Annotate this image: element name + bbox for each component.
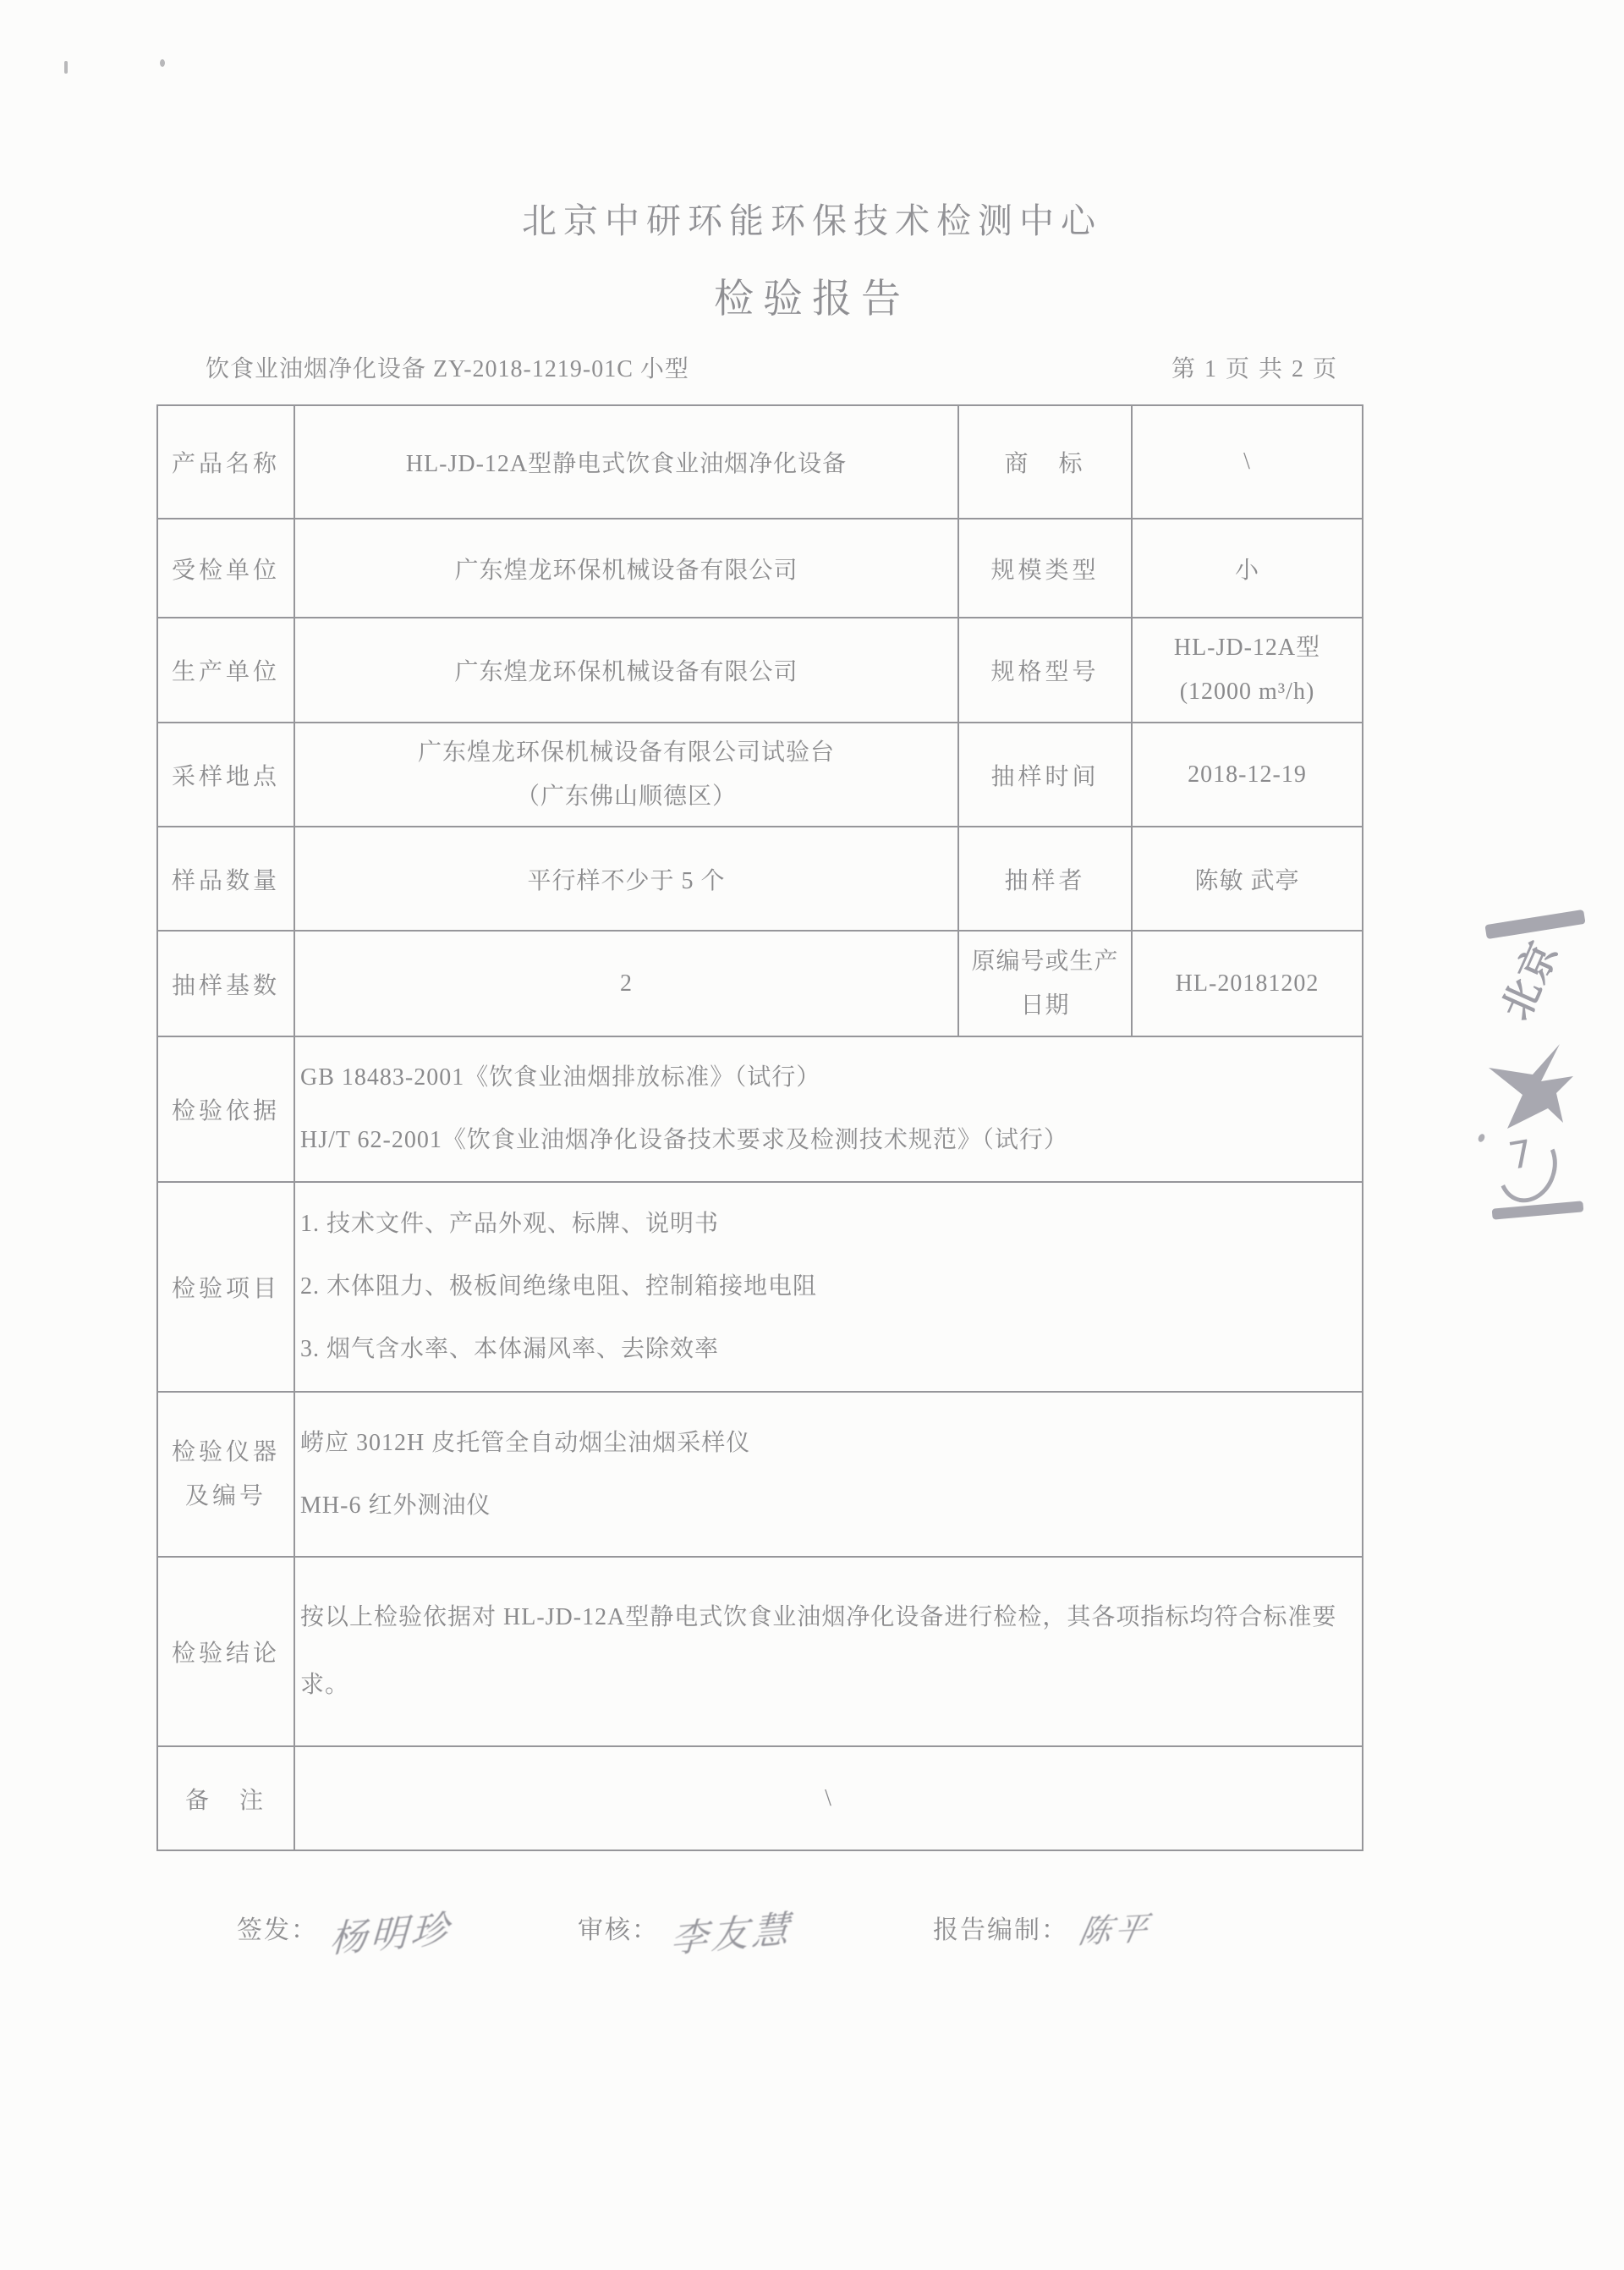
manufacturer-value: 广东煌龙环保机械设备有限公司 [294, 618, 958, 723]
sampling-time-value: 2018-12-19 [1132, 723, 1363, 827]
seal-bar-icon [1484, 910, 1585, 939]
instrument-1: 崂应 3012H 皮托管全自动烟尘油烟采样仪 [300, 1412, 1357, 1475]
row-label: 产品名称 [157, 405, 294, 519]
row-label: 抽样者 [958, 827, 1132, 931]
instruments-label-line2: 及编号 [163, 1475, 288, 1519]
row-label: 检验结论 [157, 1557, 294, 1746]
spec-model-value: HL-JD-12A型 (12000 m³/h) [1132, 618, 1363, 723]
table-row: 检验依据 GB 18483-2001《饮食业油烟排放标准》（试行） HJ/T 6… [157, 1036, 1363, 1182]
issuer-signature-group: 签发： 杨明珍 [237, 1904, 452, 1958]
conclusion-cell: 按以上检验依据对 HL-JD-12A型静电式饮食业油烟净化设备进行检检，其各项指… [294, 1557, 1363, 1746]
compiler-signature-group: 报告编制： 陈平 [933, 1904, 1151, 1950]
row-label: 原编号或生产 日期 [958, 931, 1132, 1036]
table-row: 备 注 \ [157, 1746, 1363, 1850]
inspection-basis-cell: GB 18483-2001《饮食业油烟排放标准》（试行） HJ/T 62-200… [294, 1036, 1363, 1182]
spec-model-line2: (12000 m³/h) [1138, 670, 1357, 714]
orig-number-label-line1: 原编号或生产 [964, 940, 1126, 984]
seal-star-icon [1482, 1042, 1575, 1131]
signature-row: 签发： 杨明珍 审核： 李友慧 报告编制： 陈平 [156, 1893, 1408, 1995]
row-label: 备 注 [157, 1746, 294, 1850]
compiler-handwritten-signature: 陈平 [1076, 1901, 1156, 1952]
row-label: 生产单位 [157, 618, 294, 723]
page-number: 第 1 页 共 2 页 [1171, 350, 1362, 384]
scan-speck [160, 59, 165, 67]
table-row: 采样地点 广东煌龙环保机械设备有限公司试验台 （广东佛山顺德区） 抽样时间 20… [157, 723, 1363, 827]
table-row: 产品名称 HL-JD-12A型静电式饮食业油烟净化设备 商 标 \ [157, 405, 1363, 519]
organization-title: 北京中研环能环保技术检测中心 [0, 193, 1624, 243]
table-row: 检验仪器 及编号 崂应 3012H 皮托管全自动烟尘油烟采样仪 MH-6 红外测… [157, 1392, 1363, 1557]
table-row: 受检单位 广东煌龙环保机械设备有限公司 规模类型 小 [157, 519, 1363, 618]
inspection-item-1: 1. 技术文件、产品外观、标牌、说明书 [300, 1193, 1357, 1256]
seal-dot-icon [1477, 1133, 1486, 1143]
row-label: 规模类型 [958, 519, 1132, 618]
row-label: 规格型号 [958, 618, 1132, 723]
trademark-value: \ [1132, 405, 1363, 519]
inspection-basis-line2: HJ/T 62-2001《饮食业油烟净化设备技术要求及检测技术规范》（试行） [300, 1109, 1357, 1172]
document-id: 饮食业油烟净化设备 ZY-2018-1219-01C 小型 [156, 350, 689, 384]
inspected-unit-value: 广东煌龙环保机械设备有限公司 [294, 519, 958, 618]
orig-number-label-line2: 日期 [964, 984, 1126, 1028]
table-row: 抽样基数 2 原编号或生产 日期 HL-20181202 [157, 931, 1363, 1036]
issuer-handwritten-signature: 杨明珍 [329, 1898, 453, 1963]
issue-label: 签发： [237, 1904, 318, 1946]
remark-cell: \ [294, 1746, 1363, 1850]
row-label: 受检单位 [157, 519, 294, 618]
row-label: 检验仪器 及编号 [157, 1392, 294, 1557]
sampler-value: 陈敏 武亭 [1132, 827, 1363, 931]
report-table: 产品名称 HL-JD-12A型静电式饮食业油烟净化设备 商 标 \ 受检单位 广… [156, 404, 1363, 1851]
product-name-value: HL-JD-12A型静电式饮食业油烟净化设备 [294, 405, 958, 519]
row-label: 抽样基数 [157, 931, 294, 1036]
seal-text: 北京 [1485, 931, 1569, 1028]
compile-label: 报告编制： [933, 1904, 1068, 1946]
reviewer-signature-group: 审核： 李友慧 [578, 1904, 793, 1958]
sampling-site-line2: （广东佛山顺德区） [300, 775, 952, 819]
instruments-label-line1: 检验仪器 [163, 1431, 288, 1475]
scale-type-value: 小 [1132, 519, 1363, 618]
sampling-site-line1: 广东煌龙环保机械设备有限公司试验台 [300, 731, 952, 775]
seal-digit-icon: 7 [1494, 1125, 1553, 1198]
partial-seal-stamp: 北京 7 [1473, 907, 1624, 1237]
scanned-report-page: 北京中研环能环保技术检测中心 检验报告 饮食业油烟净化设备 ZY-2018-12… [0, 0, 1624, 2270]
instruments-cell: 崂应 3012H 皮托管全自动烟尘油烟采样仪 MH-6 红外测油仪 [294, 1392, 1363, 1557]
spec-model-line1: HL-JD-12A型 [1138, 626, 1357, 670]
sampling-site-value: 广东煌龙环保机械设备有限公司试验台 （广东佛山顺德区） [294, 723, 958, 827]
table-row: 检验项目 1. 技术文件、产品外观、标牌、说明书 2. 木体阻力、极板间绝缘电阻… [157, 1182, 1363, 1392]
row-label: 样品数量 [157, 827, 294, 931]
review-label: 审核： [578, 1904, 659, 1946]
table-row: 检验结论 按以上检验依据对 HL-JD-12A型静电式饮食业油烟净化设备进行检检… [157, 1557, 1363, 1746]
sample-quantity-value: 平行样不少于 5 个 [294, 827, 958, 931]
report-title: 检验报告 [0, 267, 1624, 324]
inspection-item-2: 2. 木体阻力、极板间绝缘电阻、控制箱接地电阻 [300, 1256, 1357, 1318]
row-label: 商 标 [958, 405, 1132, 519]
sampling-base-value: 2 [294, 931, 958, 1036]
table-row: 样品数量 平行样不少于 5 个 抽样者 陈敏 武亭 [157, 827, 1363, 931]
instrument-2: MH-6 红外测油仪 [300, 1475, 1357, 1537]
row-label: 采样地点 [157, 723, 294, 827]
document-id-line: 饮食业油烟净化设备 ZY-2018-1219-01C 小型 第 1 页 共 2 … [156, 350, 1362, 384]
row-label: 检验项目 [157, 1182, 294, 1392]
inspection-item-3: 3. 烟气含水率、本体漏风率、去除效率 [300, 1318, 1357, 1381]
inspection-basis-line1: GB 18483-2001《饮食业油烟排放标准》（试行） [300, 1047, 1357, 1109]
scan-speck [64, 61, 68, 74]
seal-bar-icon [1492, 1201, 1584, 1219]
table-row: 生产单位 广东煌龙环保机械设备有限公司 规格型号 HL-JD-12A型 (120… [157, 618, 1363, 723]
inspection-items-cell: 1. 技术文件、产品外观、标牌、说明书 2. 木体阻力、极板间绝缘电阻、控制箱接… [294, 1182, 1363, 1392]
row-label: 检验依据 [157, 1036, 294, 1182]
orig-number-value: HL-20181202 [1132, 931, 1363, 1036]
reviewer-handwritten-signature: 李友慧 [670, 1898, 794, 1963]
row-label: 抽样时间 [958, 723, 1132, 827]
